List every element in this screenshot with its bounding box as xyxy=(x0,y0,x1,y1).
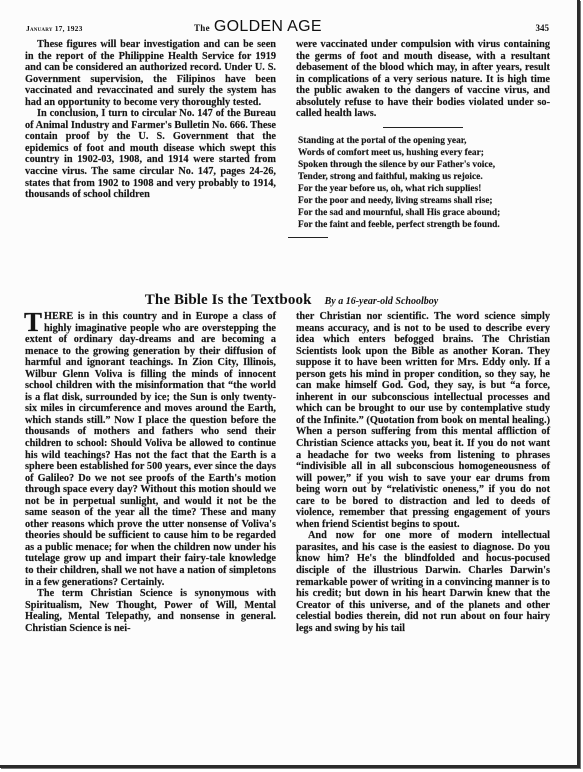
article-title: The Bible Is the Textbook xyxy=(145,292,312,308)
poem-line: For the faint and feeble, perfect streng… xyxy=(298,219,550,231)
poem-line: For the year before us, oh, what rich su… xyxy=(298,183,550,195)
paragraph: THERE is in this country and in Europe a… xyxy=(25,311,276,588)
running-head: January 17, 1923 TheGOLDEN AGE 345 xyxy=(26,20,549,40)
poem-line: Spoken through the silence by our Father… xyxy=(298,159,550,171)
paragraph: And now for one more of modern intellect… xyxy=(296,530,550,634)
poem-line: Tender, strong and faithful, making us r… xyxy=(298,171,550,183)
page-number: 345 xyxy=(536,23,550,33)
paragraph-text: HERE is in this country and in Europe a … xyxy=(25,311,276,588)
top-right-column: were vaccinated under compulsion with vi… xyxy=(296,39,550,238)
publication-title: TheGOLDEN AGE xyxy=(194,18,322,36)
section-divider xyxy=(383,127,463,128)
poem-line: Standing at the portal of the opening ye… xyxy=(298,135,550,147)
article-heading: The Bible Is the Textbook By a 16-year-o… xyxy=(0,289,583,309)
top-left-column: These figures will bear investigation an… xyxy=(25,39,276,201)
article-right-column: ther Christian nor scientific. The word … xyxy=(296,311,550,634)
section-divider xyxy=(288,237,328,238)
paragraph: were vaccinated under compulsion with vi… xyxy=(296,39,550,120)
publication-title-main: GOLDEN AGE xyxy=(214,18,322,35)
publication-title-prefix: The xyxy=(194,23,210,33)
article-left-column: THERE is in this country and in Europe a… xyxy=(25,311,276,634)
poem-line: Words of comfort meet us, hushing every … xyxy=(298,147,550,159)
magazine-page: January 17, 1923 TheGOLDEN AGE 345 These… xyxy=(0,0,580,768)
paragraph: In conclusion, I turn to circular No. 14… xyxy=(25,108,276,200)
poem-line: For the poor and needy, living streams s… xyxy=(298,195,550,207)
article-byline: By a 16-year-old Schoolboy xyxy=(325,296,439,307)
paragraph: ther Christian nor scientific. The word … xyxy=(296,311,550,530)
drop-cap: T xyxy=(24,312,42,333)
paragraph: These figures will bear investigation an… xyxy=(25,39,276,108)
paragraph: The term Christian Science is synonymous… xyxy=(25,588,276,634)
issue-date: January 17, 1923 xyxy=(26,24,83,33)
poem-line: For the sad and mournful, shall His grac… xyxy=(298,207,550,219)
poem: Standing at the portal of the opening ye… xyxy=(296,135,550,231)
